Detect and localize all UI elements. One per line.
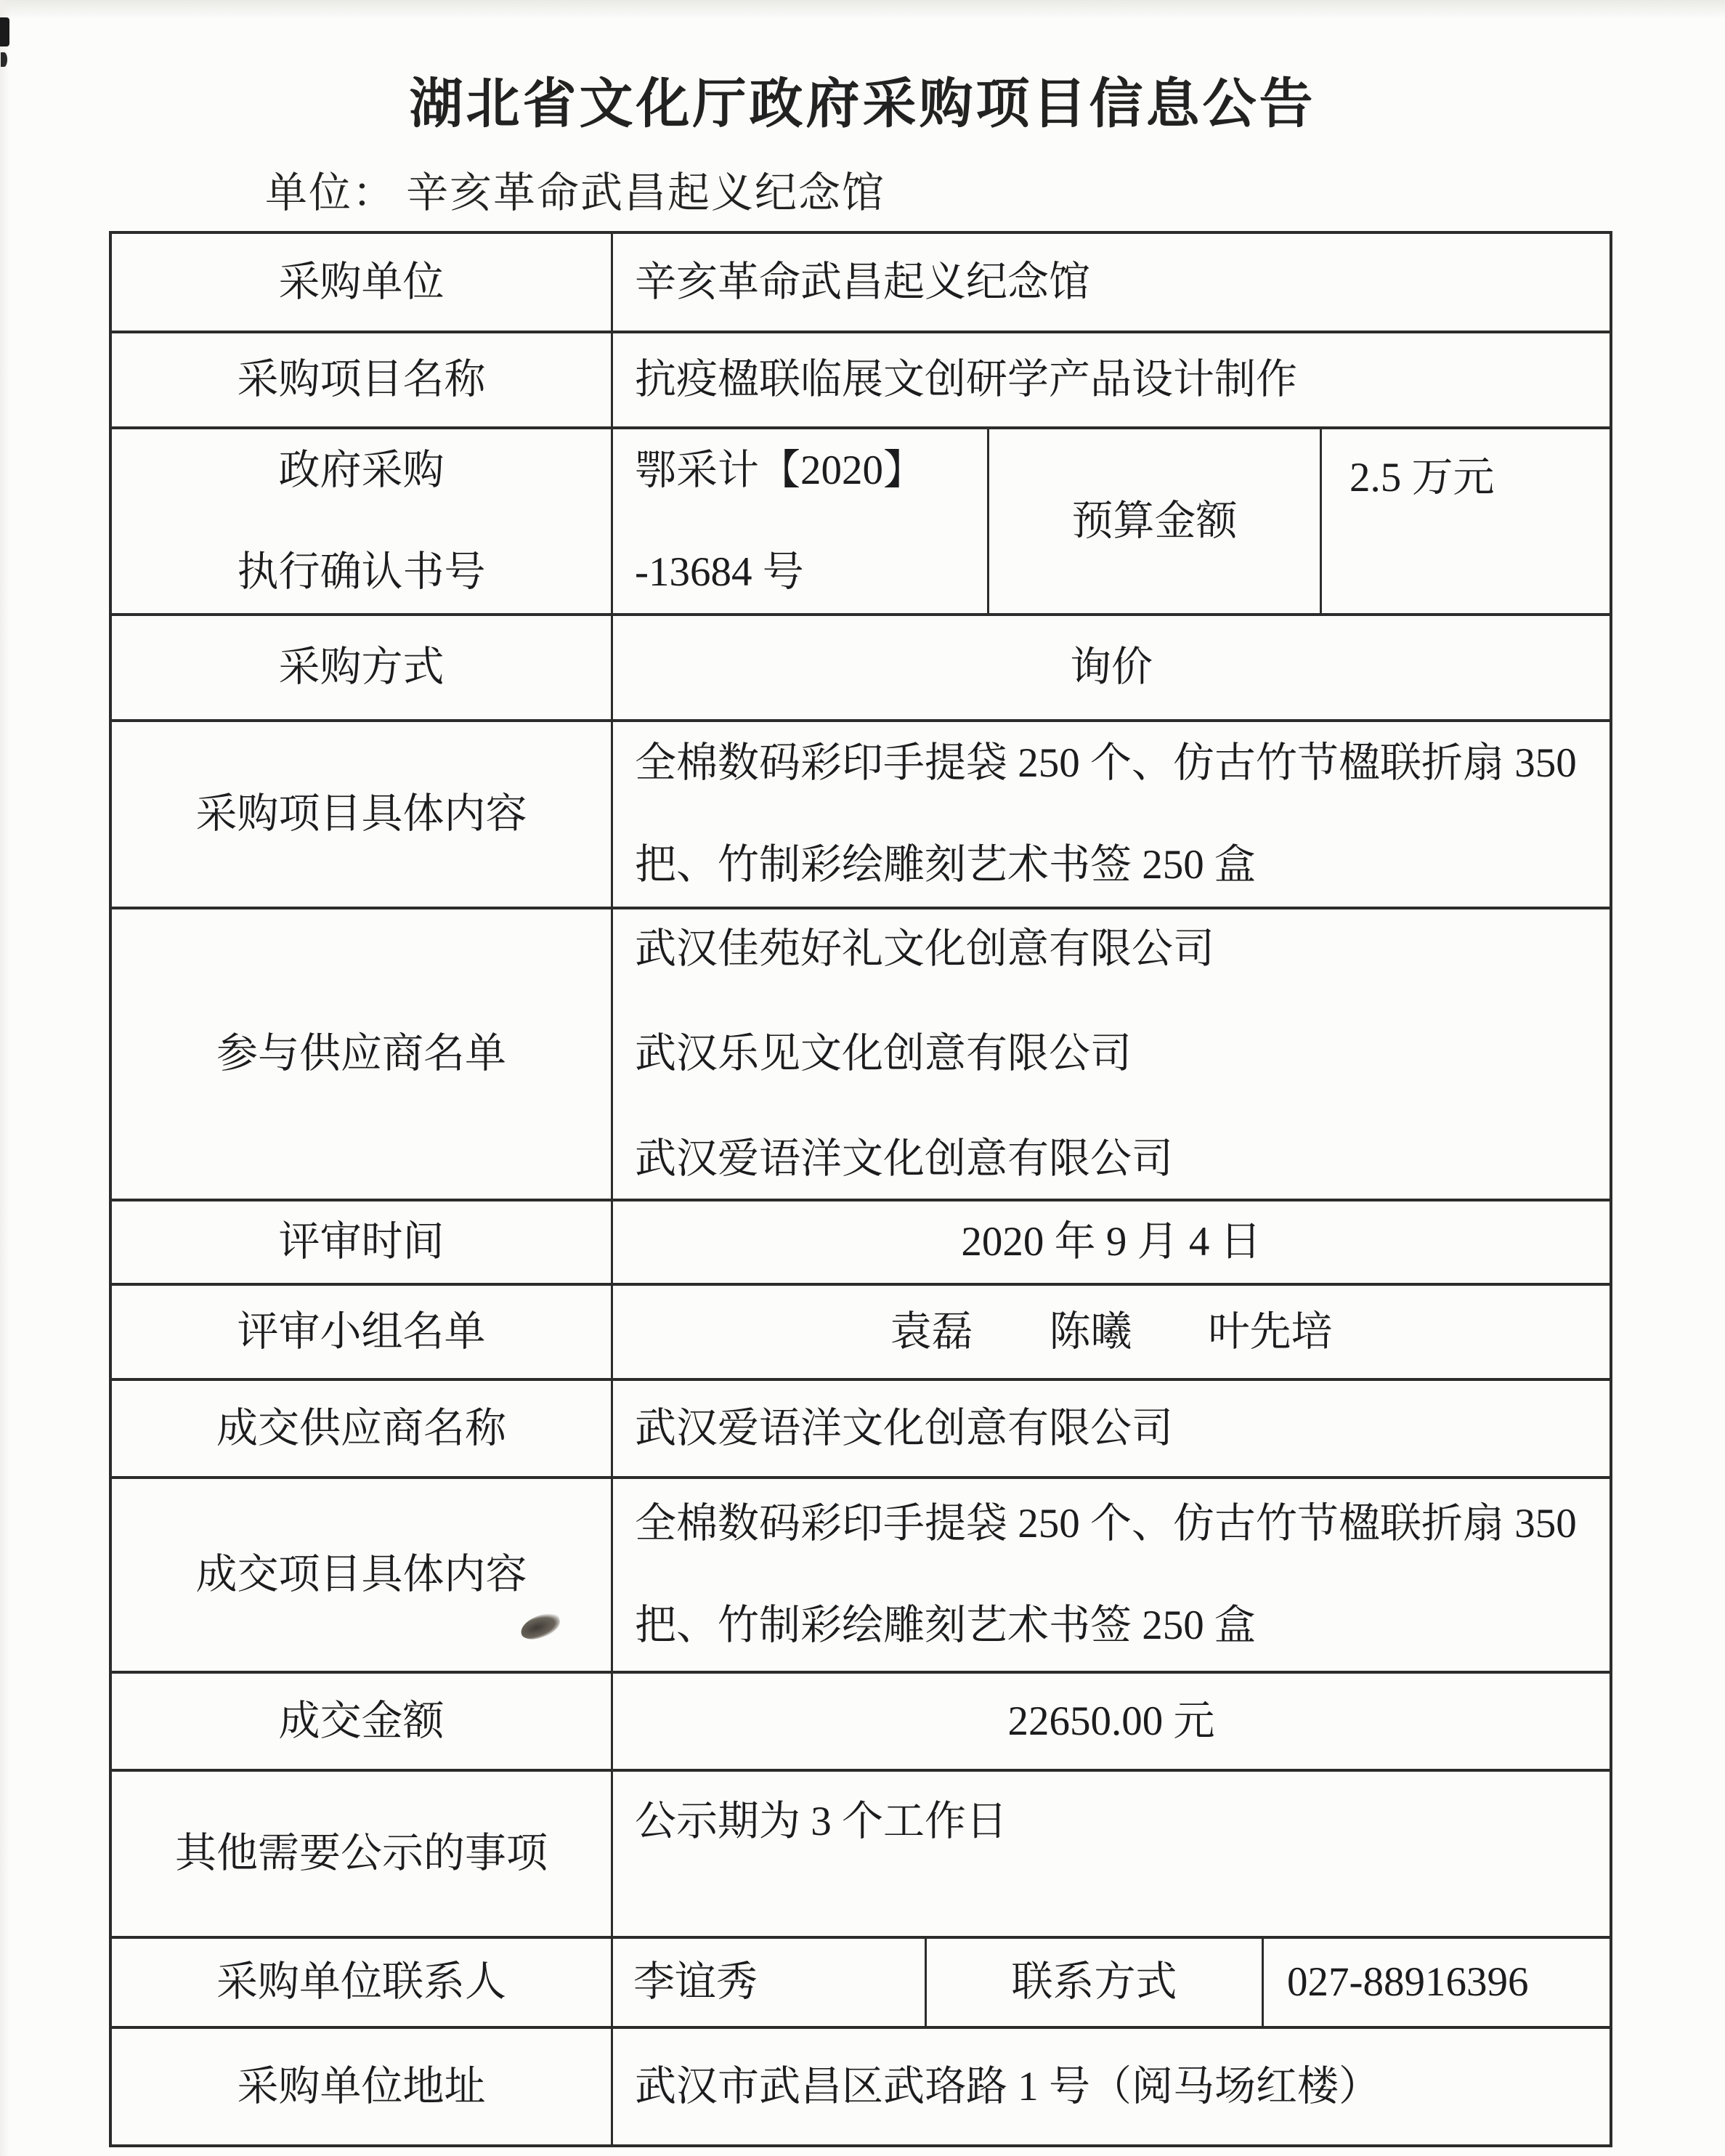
supplier-item: 武汉爱语洋文化创意有限公司 [635,1135,1173,1183]
project-content-value: 全棉数码彩印手提袋 250 个、仿古竹节楹联折扇 350 把、竹制彩绘雕刻艺术书… [613,722,1610,907]
cell-text: 其他需要公示的事项 [175,1830,548,1878]
contact-phone-label: 联系方式 [927,1939,1264,2026]
cell-text: 采购单位 [279,259,445,307]
suppliers-label: 参与供应商名单 [112,909,613,1199]
scanned-document-page: 湖北省文化厅政府采购项目信息公告 单位：辛亥革命武昌起义纪念馆 采购单位 辛亥革… [0,0,1725,2156]
project-name-label: 采购项目名称 [112,333,613,426]
cell-text: 联系方式 [1012,1958,1177,2006]
cell-text: 采购项目名称 [238,356,486,404]
row-contact: 采购单位联系人 李谊秀 联系方式 027-88916396 [112,1936,1610,2026]
cell-text: 2.5 万元 [1349,454,1495,502]
cell-text: 询价 [1070,644,1153,692]
row-suppliers: 参与供应商名单 武汉佳苑好礼文化创意有限公司 武汉乐见文化创意有限公司 武汉爱语… [112,907,1610,1199]
cell-text: 执行确认书号 [238,548,486,596]
scan-mark-artifact [0,17,9,46]
procurement-info-table: 采购单位 辛亥革命武昌起义纪念馆 采购项目名称 抗疫楹联临展文创研学产品设计制作… [109,231,1612,2147]
contact-phone-value: 027-88916396 [1264,1939,1610,2026]
winning-content-label: 成交项目具体内容 [112,1479,613,1671]
cell-text: 027-88916396 [1287,1958,1528,2006]
purchasing-unit-value: 辛亥革命武昌起义纪念馆 [613,234,1610,331]
panel-member: 叶先培 [1209,1308,1333,1356]
cell-text: 采购单位地址 [238,2063,486,2111]
address-label: 采购单位地址 [112,2029,613,2144]
scan-edge-artifact-left [0,0,10,2156]
row-other-matters: 其他需要公示的事项 公示期为 3 个工作日 [112,1769,1610,1936]
row-winning-amount: 成交金额 22650.00 元 [112,1671,1610,1769]
supplier-item: 武汉乐见文化创意有限公司 [635,1030,1132,1078]
confirmation-value: 鄂采计【2020】 -13684 号 [613,429,989,613]
cell-text: 把、竹制彩绘雕刻艺术书签 250 盒 [635,1602,1256,1650]
supplier-item: 武汉佳苑好礼文化创意有限公司 [635,925,1214,973]
row-winning-supplier: 成交供应商名称 武汉爱语洋文化创意有限公司 [112,1378,1610,1476]
contact-label: 采购单位联系人 [112,1939,613,2026]
review-panel-value: 袁磊 陈曦 叶先培 [613,1286,1610,1378]
cell-text: 辛亥革命武昌起义纪念馆 [635,259,1090,307]
row-procurement-method: 采购方式 询价 [112,613,1610,719]
row-review-time: 评审时间 2020 年 9 月 4 日 [112,1199,1610,1283]
cell-text: 李谊秀 [633,1958,758,2006]
purchasing-unit-label: 采购单位 [112,234,613,331]
winning-amount-value: 22650.00 元 [613,1674,1610,1769]
winning-content-value: 全棉数码彩印手提袋 250 个、仿古竹节楹联折扇 350 把、竹制彩绘雕刻艺术书… [613,1479,1610,1671]
budget-label: 预算金额 [989,429,1322,613]
unit-line: 单位：辛亥革命武昌起义纪念馆 [265,158,885,219]
row-winning-content: 成交项目具体内容 全棉数码彩印手提袋 250 个、仿古竹节楹联折扇 350 把、… [112,1476,1610,1671]
other-matters-value: 公示期为 3 个工作日 [613,1772,1610,1936]
project-content-label: 采购项目具体内容 [112,722,613,907]
unit-value: 辛亥革命武昌起义纪念馆 [406,169,885,216]
panel-member: 陈曦 [1050,1308,1132,1356]
winning-supplier-value: 武汉爱语洋文化创意有限公司 [613,1381,1610,1476]
review-panel-label: 评审小组名单 [112,1286,613,1378]
cell-text: 采购单位联系人 [216,1958,506,2006]
cell-text: 武汉爱语洋文化创意有限公司 [635,1405,1173,1453]
cell-text: 公示期为 3 个工作日 [635,1798,1007,1846]
cell-text: 把、竹制彩绘雕刻艺术书签 250 盒 [635,841,1256,889]
cell-text: 全棉数码彩印手提袋 250 个、仿古竹节楹联折扇 350 [635,739,1577,787]
document-title: 湖北省文化厅政府采购项目信息公告 [0,61,1725,138]
contact-name: 李谊秀 [613,1939,927,2026]
row-project-content: 采购项目具体内容 全棉数码彩印手提袋 250 个、仿古竹节楹联折扇 350 把、… [112,719,1610,907]
cell-text: 采购方式 [279,644,445,692]
cell-text: 采购项目具体内容 [196,790,527,838]
method-value: 询价 [613,616,1610,719]
other-matters-label: 其他需要公示的事项 [112,1772,613,1936]
review-time-value: 2020 年 9 月 4 日 [613,1201,1610,1283]
review-panel-members: 袁磊 陈曦 叶先培 [613,1308,1610,1356]
row-project-name: 采购项目名称 抗疫楹联临展文创研学产品设计制作 [112,331,1610,426]
confirmation-label: 政府采购 执行确认书号 [112,429,613,613]
row-purchasing-unit: 采购单位 辛亥革命武昌起义纪念馆 [112,234,1610,331]
cell-text: 武汉市武昌区武珞路 1 号（阅马场红楼） [635,2063,1380,2111]
cell-text: 评审小组名单 [238,1308,486,1356]
project-name-value: 抗疫楹联临展文创研学产品设计制作 [613,333,1610,426]
scan-edge-artifact-top [0,0,1725,19]
row-review-panel: 评审小组名单 袁磊 陈曦 叶先培 [112,1283,1610,1378]
cell-text: 全棉数码彩印手提袋 250 个、仿古竹节楹联折扇 350 [635,1500,1577,1548]
cell-text: 政府采购 [279,447,445,495]
cell-text: 成交供应商名称 [216,1405,506,1453]
cell-text: 成交项目具体内容 [196,1551,527,1599]
cell-text: 成交金额 [279,1698,445,1746]
cell-text: 抗疫楹联临展文创研学产品设计制作 [635,356,1297,404]
row-address: 采购单位地址 武汉市武昌区武珞路 1 号（阅马场红楼） [112,2026,1610,2144]
budget-value: 2.5 万元 [1322,429,1610,613]
cell-text: -13684 号 [635,548,804,596]
winning-supplier-label: 成交供应商名称 [112,1381,613,1476]
suppliers-list: 武汉佳苑好礼文化创意有限公司 武汉乐见文化创意有限公司 武汉爱语洋文化创意有限公… [613,909,1610,1199]
cell-text: 22650.00 元 [1008,1698,1215,1746]
row-confirmation-number: 政府采购 执行确认书号 鄂采计【2020】 -13684 号 预算金额 2.5 … [112,426,1610,613]
method-label: 采购方式 [112,616,613,719]
address-value: 武汉市武昌区武珞路 1 号（阅马场红楼） [613,2029,1610,2144]
cell-text: 鄂采计【2020】 [635,447,925,495]
cell-text: 2020 年 9 月 4 日 [961,1218,1261,1266]
cell-text: 预算金额 [1072,498,1238,546]
cell-text: 参与供应商名单 [216,1030,506,1078]
panel-member: 袁磊 [890,1308,973,1356]
unit-label: 单位： [265,169,396,216]
cell-text: 评审时间 [279,1218,445,1266]
winning-amount-label: 成交金额 [112,1674,613,1769]
review-time-label: 评审时间 [112,1201,613,1283]
